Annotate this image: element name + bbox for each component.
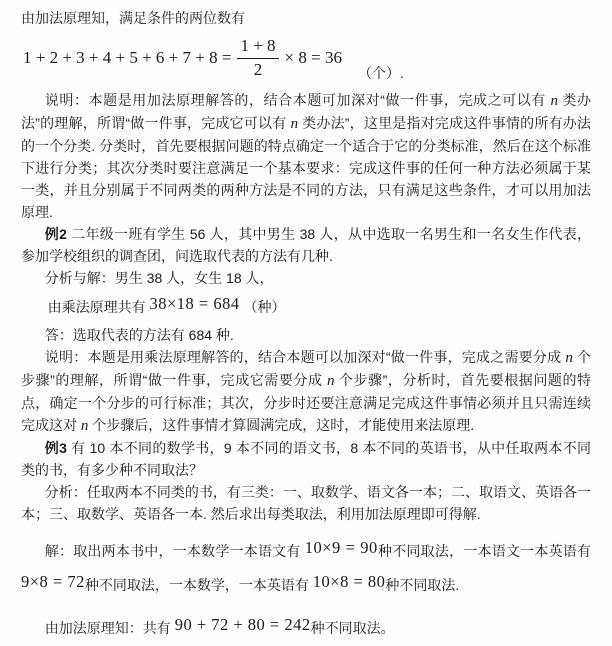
variable-n: n <box>291 116 299 132</box>
example2-answer: 答：选取代表的方法有 684 种. <box>21 324 591 346</box>
equation-lhs: 1 + 2 + 3 + 4 + 5 + 6 + 7 + 8 = <box>23 48 231 68</box>
example2-analysis: 分析与解：男生 38 人，女生 18 人， <box>21 267 591 289</box>
fraction-denominator: 2 <box>237 59 278 80</box>
mul-equation: 38×18 = 684 <box>149 294 239 313</box>
sum-equation: 1 + 2 + 3 + 4 + 5 + 6 + 7 + 8 = 1 + 8 2 … <box>23 36 591 80</box>
example3-conclusion: 由加法原理知：共有 90 + 72 + 80 = 242种不同取法。 <box>21 611 591 645</box>
conclusion-text-a: 由加法原理知：共有 <box>45 620 175 636</box>
fraction-numerator: 1 + 8 <box>237 36 278 59</box>
solution-text-a: 解：取出两本书中，一本数学一本语文有 <box>45 543 305 559</box>
note1-text-a: 说明：本题是用加法原理解答的，结合本题可加深对“做一件事，完成之可以有 <box>45 92 551 108</box>
fraction: 1 + 8 2 <box>237 36 278 80</box>
note2-paragraph: 说明：本题是用乘法原理解答的，结合本题可以加深对“做一件事，完成之需要分成 n … <box>21 346 591 437</box>
example3-solution: 解：取出两本书中，一本数学一本语文有 10×9 = 90种不同取法，一本语文一本… <box>21 534 591 602</box>
example2-body: 二年级一班有学生 56 人，其中男生 38 人，从中选取一名男生和一名女生作代表… <box>21 226 591 264</box>
mul-prefix: 由乘法原理共有 <box>48 299 150 315</box>
solution-text-d: 种不同取法. <box>385 577 459 593</box>
variable-n: n <box>550 93 558 109</box>
solution-equation-2: 9×8 = 72 <box>21 572 85 591</box>
conclusion-text-b: 种不同取法。 <box>311 620 395 636</box>
equation-unit: （个）. <box>342 63 404 83</box>
example3-analysis: 分析：任取两本不同类的书，有三类：一、取数学、语文各一本；二、取语文、英语各一本… <box>21 481 591 525</box>
example3-paragraph: 例3 有 10 本不同的数学书，9 本不同的语文书，8 本不同的英语书，从中任取… <box>21 437 591 481</box>
solution-equation-1: 10×9 = 90 <box>305 538 378 557</box>
example2-label: 例2 <box>45 226 67 242</box>
example2-paragraph: 例2 二年级一班有学生 56 人，其中男生 38 人，从中选取一名男生和一名女生… <box>21 223 591 267</box>
mul-unit: （种） <box>240 299 286 315</box>
conclusion-equation: 90 + 72 + 80 = 242 <box>175 615 311 634</box>
variable-n: n <box>565 350 573 366</box>
example2-equation-line: 由乘法原理共有 38×18 = 684 （种） <box>21 296 591 318</box>
note2-text-d: 个步骤后，这件事情才算圆满完成，这时，才能使用来法原理. <box>88 417 474 433</box>
document-page: 由加法原理知，满足条件的两位数有 1 + 2 + 3 + 4 + 5 + 6 +… <box>21 7 591 645</box>
example3-body: 有 10 本不同的数学书，9 本不同的语文书，8 本不同的英语书，从中任取两本不… <box>21 440 591 478</box>
note1-paragraph: 说明：本题是用加法原理解答的，结合本题可加深对“做一件事，完成之可以有 n 类办… <box>21 89 591 223</box>
intro-line: 由加法原理知，满足条件的两位数有 <box>21 7 591 29</box>
solution-text-c: 种不同取法，一本数学，一本英语有 <box>85 577 313 593</box>
solution-text-b: 种不同取法，一本语文一本英语有 <box>378 543 591 559</box>
equation-rhs: × 8 = 36 <box>285 48 342 68</box>
note2-text-a: 说明：本题是用乘法原理解答的，结合本题可以加深对“做一件事，完成之需要分成 <box>45 349 566 365</box>
solution-equation-3: 10×8 = 80 <box>313 572 386 591</box>
example3-label: 例3 <box>45 440 67 456</box>
